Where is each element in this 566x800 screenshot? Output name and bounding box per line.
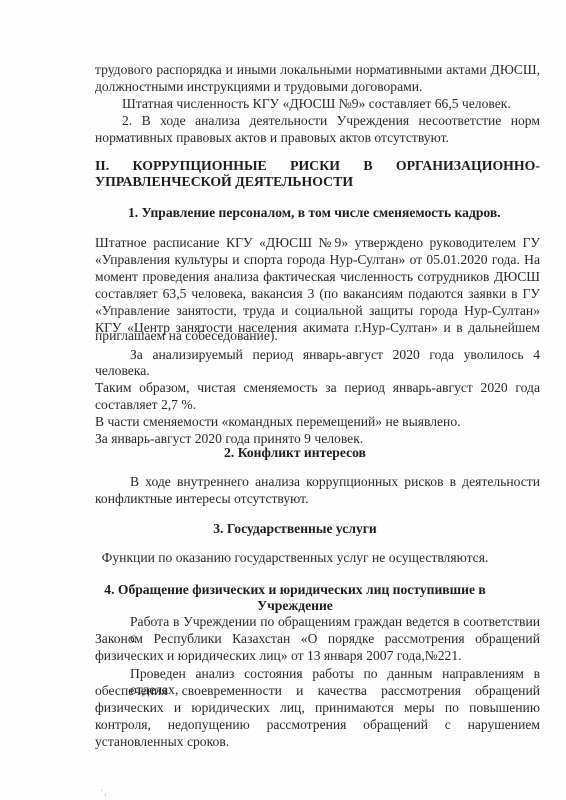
intro-text-line: трудового распорядка и иными локальными … — [95, 62, 540, 78]
period-text-line: человека. — [95, 363, 540, 379]
sub4-text-line: физических и юридических лиц, принимаютс… — [95, 700, 540, 716]
sub1-text-line: «Управления культуры и спорта города Нур… — [95, 252, 540, 268]
turnover-text-line: составляет 2,7 %. — [95, 397, 540, 413]
subsection-2-heading: 2. Конфликт интересов — [45, 445, 545, 461]
sub4-text-line: обеспечения своевременности и качества р… — [95, 683, 540, 699]
intro-text-line: должностными инструкциями и трудовыми до… — [95, 79, 540, 95]
period-text-line: За анализируемый период январь-август 20… — [130, 347, 540, 363]
section-2-heading-line2: УПРАВЛЕНЧЕСКОЙ ДЕЯТЕЛЬНОСТИ — [95, 174, 540, 190]
subsection-4-heading-line1: 4. Обращение физических и юридических ли… — [45, 582, 545, 598]
section-2-heading: II. КОРРУПЦИОННЫЕ РИСКИ В ОРГАНИЗАЦИОННО… — [95, 158, 540, 174]
sub1-text-line: «Управление занятости, труда и социально… — [95, 303, 540, 319]
scan-artifact-mark: ' , — [101, 788, 106, 797]
subsection-4-heading-line2: Учреждение — [45, 598, 545, 614]
sub4-text-line: Законом Республики Казахстан «О порядке … — [95, 631, 540, 647]
sub1-text-line: момент проведения анализа фактическая чи… — [95, 269, 540, 285]
document-page: трудового распорядка и иными локальными … — [0, 0, 566, 800]
sub1-text-line: приглашаем на собеседование). — [95, 328, 540, 344]
heading-part: В — [363, 158, 372, 174]
staff-count-text: Штатная численность КГУ «ДЮСШ №9» состав… — [122, 96, 532, 112]
sub4-text-line: контроля, недопущению рассмотрения обращ… — [95, 717, 540, 733]
sub2-text-line: конфликтные интересы отсутствуют. — [95, 491, 540, 507]
paragraph-2-line: 2. В ходе анализа деятельности Учреждени… — [122, 113, 540, 129]
heading-part: КОРРУПЦИОННЫЕ — [133, 158, 267, 174]
sub1-text-line: составляет 63,5 человека, вакансия 3 (по… — [95, 286, 540, 302]
subsection-3-heading: 3. Государственные услуги — [45, 521, 545, 537]
heading-part: РИСКИ — [290, 158, 340, 174]
sub1-text-line: Штатное расписание КГУ «ДЮСШ №9» утвержд… — [95, 235, 540, 251]
heading-part: II. — [95, 158, 109, 174]
subsection-1-heading: 1. Управление персоналом, в том числе см… — [128, 205, 566, 221]
sub2-text-line: В ходе внутреннего анализа коррупционных… — [130, 474, 540, 490]
sub4-text-line: установленных сроков. — [95, 734, 540, 750]
sub4-text-line: физических и юридических лиц» от 13 янва… — [95, 648, 540, 664]
sub3-text: Функции по оказанию государственных услу… — [45, 550, 545, 566]
team-moves-text: В части сменяемости «командных перемещен… — [95, 414, 540, 430]
heading-part: ОРГАНИЗАЦИОННО- — [396, 158, 540, 174]
turnover-text-line: Таким образом, чистая сменяемость за пер… — [95, 380, 540, 396]
paragraph-2-line: нормативных правовых актов и правовых ак… — [95, 130, 540, 146]
